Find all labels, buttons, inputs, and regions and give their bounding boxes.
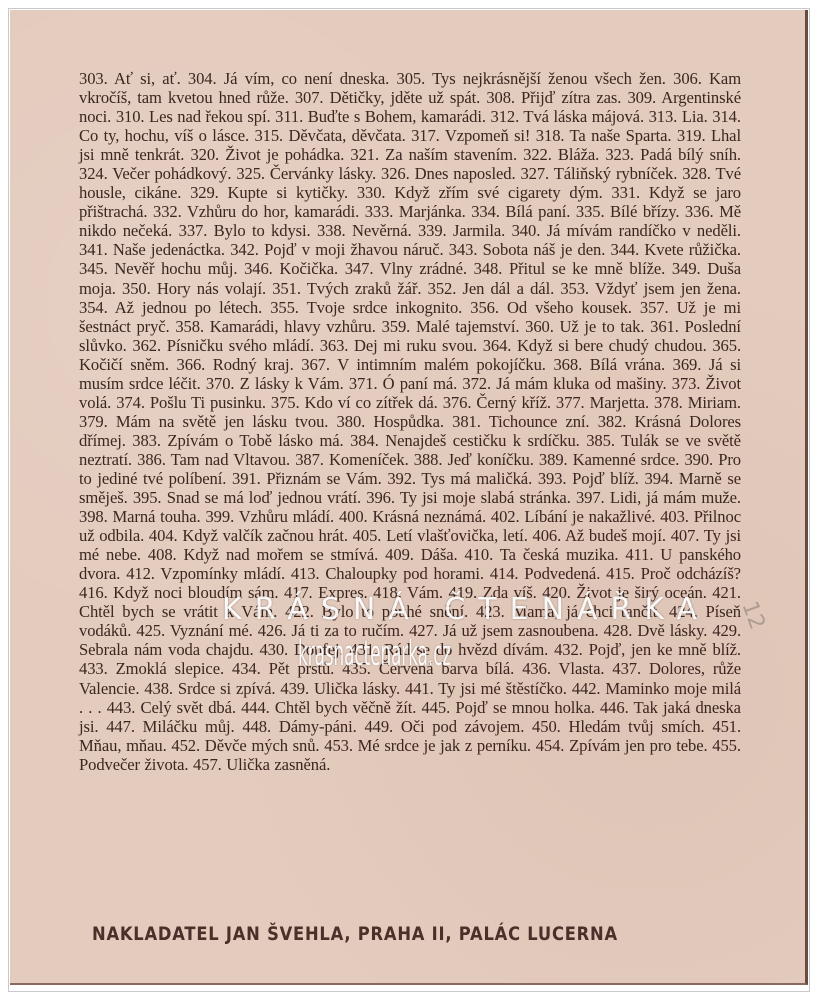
song-entry: 322. Bláža.: [523, 145, 599, 164]
song-entry: 312. Tvá láska májová.: [491, 107, 645, 126]
song-entry: 335. Bílé břízy.: [576, 202, 680, 221]
song-entry: 342. Pojď v moji žhavou náruč.: [230, 240, 443, 259]
song-entry: 310. Les nad řekou spí.: [116, 107, 271, 126]
song-entry: 323. Padá bílý sníh.: [605, 145, 741, 164]
song-entry: 375. Kdo ví co zítřek dá.: [271, 393, 438, 412]
song-entry: 372. Já mám kluka od mašiny.: [462, 374, 666, 393]
song-entry: 448. Dámy-páni.: [242, 717, 356, 736]
song-entry: 441. Ty jsi mé štěstíčko.: [405, 679, 567, 698]
song-entry: 321. Za naším stavením.: [350, 145, 517, 164]
song-entry: 428. Dvě lásky.: [604, 621, 708, 640]
song-entry: 311. Buďte s Bohem, kamarádi.: [275, 107, 486, 126]
song-entry: 445. Pojď se mnou holka.: [422, 698, 595, 717]
song-entry: 358. Kamarádi, hlavy vzhůru.: [175, 317, 375, 336]
song-entry: 412. Vzpomínky mládí.: [126, 564, 285, 583]
song-entry: 356. Od všeho kousek.: [470, 298, 632, 317]
song-entry: 303. Ať si, ať.: [79, 69, 181, 88]
song-entry: 427. Já už jsem zasnoubena.: [409, 621, 598, 640]
song-entry: 320. Život je pohádka.: [190, 145, 344, 164]
song-entry: 432. Pojď, jen ke mně blíž.: [554, 640, 741, 659]
song-entry: 344. Kvete růžička.: [611, 240, 741, 259]
song-entry: 449. Oči pod závojem.: [364, 717, 524, 736]
song-entry: 379. Mám na světě jen lásku tvou.: [79, 412, 328, 431]
song-entry: 366. Rodný kraj.: [177, 355, 294, 374]
song-entry: 435. Červená barva bílá.: [342, 659, 514, 678]
song-entry: 381. Tichounce zní.: [452, 412, 589, 431]
song-entry: 409. Dáša.: [385, 545, 457, 564]
song-entry: 386. Tam nad Vltavou.: [137, 450, 290, 469]
song-entry: 436. Vlasta.: [522, 659, 604, 678]
song-entry: 354. Až jednou po létech.: [79, 298, 262, 317]
song-entry: 383. Zpívám o Tobě lásko má.: [132, 431, 343, 450]
song-entry: 345. Nevěř hochu můj.: [79, 259, 237, 278]
song-entry: 453. Mé srdce je jak z perníku.: [324, 736, 531, 755]
song-entry: 398. Marná touha.: [79, 507, 201, 526]
song-entry: 346. Kočička.: [244, 259, 338, 278]
song-entry: 325. Červánky lásky.: [236, 164, 376, 183]
song-entry: 419. Zda víš.: [448, 583, 536, 602]
song-entry: 423. Mama, já chci tančit.: [476, 602, 661, 621]
song-entry: 324. Večer pohádkový.: [79, 164, 231, 183]
song-entry: 337. Bylo to kdysi.: [179, 221, 311, 240]
song-entry: 387. Komeníček.: [295, 450, 408, 469]
song-entry: 399. Vzhůru mládí.: [205, 507, 334, 526]
song-entry: 339. Jarmila.: [418, 221, 505, 240]
song-entry: 408. Když nad mořem se stmívá.: [148, 545, 378, 564]
song-entry: 433. Zmoklá slepice.: [79, 659, 224, 678]
song-entry: 431. Rád se do hvězd dívám.: [349, 640, 548, 659]
song-entry: 368. Bílá vrána.: [553, 355, 665, 374]
song-entry: 450. Hledám tvůj smích.: [532, 717, 705, 736]
song-entry: 351. Tvých zraků žář.: [272, 279, 421, 298]
song-entry: 425. Vyznání mé.: [136, 621, 252, 640]
song-entry: 332. Vzhůru do hor, kamarádi.: [153, 202, 359, 221]
song-entry: 363. Dej mi ruku svou.: [320, 336, 477, 355]
song-entry: 388. Jeď koníčku.: [414, 450, 534, 469]
song-entry: 447. Miláčku můj.: [106, 717, 234, 736]
song-entry: 371. Ó paní má.: [349, 374, 457, 393]
song-entry: 352. Jen dál a dál.: [428, 279, 555, 298]
song-entry: 391. Přiznám se Vám.: [232, 469, 382, 488]
song-entry: 364. Když si bere chudý chudou.: [483, 336, 707, 355]
song-entry: 438. Srdce si zpívá.: [144, 679, 275, 698]
song-entry: 343. Sobota náš je den.: [449, 240, 605, 259]
song-entry: 405. Letí vlašťovička, letí.: [353, 526, 528, 545]
song-entry: 333. Marjánka.: [365, 202, 466, 221]
song-entry: 347. Vlny zrádné.: [345, 259, 467, 278]
song-entry: 367. V intimním malém pokojíčku.: [301, 355, 546, 374]
song-entry: 362. Písničku svého mládí.: [132, 336, 314, 355]
song-entry: 406. Až budeš mojí.: [533, 526, 666, 545]
song-list: 303. Ať si, ať. 304. Já vím, co není dne…: [79, 69, 741, 774]
song-entry: 348. Přitul se ke mně blíže.: [474, 259, 666, 278]
song-entry: 376. Černý kříž.: [443, 393, 551, 412]
song-entry: 400. Krásná neznámá.: [339, 507, 486, 526]
song-entry: 359. Malé tajemství.: [382, 317, 520, 336]
song-entry: 454. Zpívám jen pro tebe.: [536, 736, 708, 755]
song-entry: 420. Život je širý oceán.: [542, 583, 707, 602]
song-entry: 334. Bílá paní.: [471, 202, 570, 221]
song-entry: 417. Expres.: [284, 583, 368, 602]
song-entry: 396. Ty jsi moje slabá stránka.: [366, 488, 570, 507]
publisher-imprint: NAKLADATEL JAN ŠVEHLA, PRAHA II, PALÁC L…: [92, 923, 651, 945]
song-entry: 338. Nevěrná.: [317, 221, 412, 240]
song-entry: 313. Lia.: [649, 107, 708, 126]
song-entry: 413. Chaloupky pod horami.: [291, 564, 484, 583]
song-entry: 305. Tys nejkrásnější ženou všech žen.: [397, 69, 666, 88]
song-entry: 397. Lidi, já mám muže.: [576, 488, 741, 507]
song-entry: 452. Děvče mých snů.: [171, 736, 319, 755]
song-entry: 307. Dětičky, jděte už spát.: [295, 88, 480, 107]
song-entry: 416. Když noci bloudím sám.: [79, 583, 278, 602]
song-entry: 415. Proč odcházíš?: [606, 564, 741, 583]
song-entry: 350. Hory nás volají.: [122, 279, 266, 298]
song-entry: 418. Vám.: [373, 583, 443, 602]
song-entry: 374. Pošlu Ti pusinku.: [116, 393, 266, 412]
song-entry: 414. Podvedená.: [490, 564, 600, 583]
song-entry: 378. Miriam.: [654, 393, 741, 412]
song-entry: 341. Naše jedenáctka.: [79, 240, 225, 259]
song-entry: 392. Tys má maličká.: [387, 469, 532, 488]
song-entry: 370. Z lásky k Vám.: [206, 374, 344, 393]
song-entry: 395. Snad se má loď jednou vrátí.: [133, 488, 361, 507]
song-entry: 318. Ta naše Sparta.: [536, 126, 672, 145]
song-entry: 317. Vzpomeň si!: [411, 126, 530, 145]
song-entry: 304. Já vím, co není dneska.: [188, 69, 389, 88]
song-entry: 326. Dnes naposled.: [381, 164, 515, 183]
song-entry: 444. Chtěl bych věčně žít.: [241, 698, 416, 717]
song-entry: 410. Ta česká muzika.: [465, 545, 619, 564]
song-entry: 327. Táliňský rybníček.: [520, 164, 677, 183]
song-entry: 384. Nenajdeš cestičku k srdíčku.: [350, 431, 580, 450]
song-entry: 430. Doufej.: [259, 640, 343, 659]
song-entry: 393. Pojď blíž.: [538, 469, 639, 488]
song-entry: 426. Já ti za to ručím.: [258, 621, 404, 640]
song-entry: 457. Ulička zasněná.: [193, 755, 330, 774]
song-entry: 402. Líbání je nakažlivé.: [491, 507, 655, 526]
song-entry: 434. Pět prstů.: [232, 659, 334, 678]
song-entry: 355. Tvoje srdce inkognito.: [270, 298, 462, 317]
song-entry: 377. Marjetta.: [556, 393, 649, 412]
song-entry: 380. Hospůdka.: [337, 412, 444, 431]
song-entry: 389. Kamenné srdce.: [539, 450, 679, 469]
song-entry: 404. Když valčík začnou hrát.: [149, 526, 348, 545]
song-entry: 439. Ulička lásky.: [280, 679, 400, 698]
song-entry: 422. Bylo to pouhé snění.: [285, 602, 468, 621]
song-entry: 329. Kupte si kytičky.: [190, 183, 348, 202]
song-entry: 315. Děvčata, děvčata.: [254, 126, 405, 145]
song-entry: 340. Já mívám randíčko v neděli.: [512, 221, 741, 240]
song-entry: 360. Už je to tak.: [525, 317, 644, 336]
song-entry: 443. Celý svět dbá.: [107, 698, 236, 717]
song-entry: 353. Vždyť jsem jen žena.: [560, 279, 741, 298]
song-entry: 330. Když zřím své cigarety dým.: [357, 183, 603, 202]
song-entry: 308. Přijď zítra zas.: [486, 88, 621, 107]
